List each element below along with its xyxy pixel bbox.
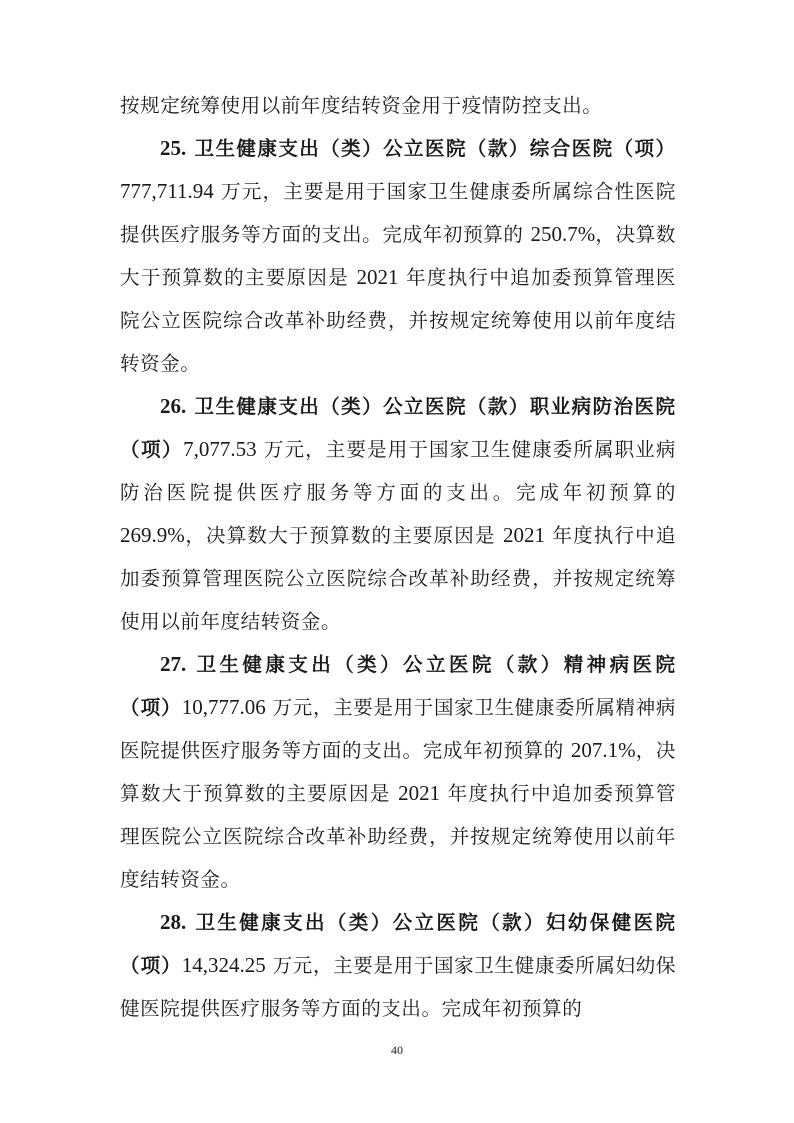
percent-value: 269.9% bbox=[120, 523, 185, 547]
continuation-text: 按规定统筹使用以前年度结转资金用于疫情防控支出。 bbox=[120, 94, 602, 117]
continuation-paragraph: 按规定统筹使用以前年度结转资金用于疫情防控支出。 bbox=[120, 84, 676, 127]
section-number: 25. bbox=[160, 136, 186, 160]
page-number: 40 bbox=[0, 1043, 794, 1058]
year-value: 2021 bbox=[503, 523, 545, 547]
year-value: 2021 bbox=[398, 781, 440, 805]
section-number: 26. bbox=[160, 394, 186, 418]
body-text: ，决算数大于预算数的主要原因是 bbox=[185, 524, 496, 547]
percent-value: 207.1% bbox=[571, 738, 636, 762]
section-heading: 25. 卫生健康支出（类）公立医院（款）综合医院（项） bbox=[160, 137, 676, 160]
section-25: 25. 卫生健康支出（类）公立医院（款）综合医院（项）777,711.94 万元… bbox=[120, 127, 676, 385]
year-value: 2021 bbox=[357, 265, 399, 289]
amount: 7,077.53 bbox=[183, 437, 257, 461]
amount: 777,711.94 bbox=[120, 179, 214, 203]
section-26: 26. 卫生健康支出（类）公立医院（款）职业病防治医院（项）7,077.53 万… bbox=[120, 385, 676, 643]
amount: 10,777.06 bbox=[182, 695, 266, 719]
section-title: 卫生健康支出（类）公立医院（款）综合医院（项） bbox=[195, 137, 676, 160]
percent-value: 250.7% bbox=[531, 222, 596, 246]
section-27: 27. 卫生健康支出（类）公立医院（款）精神病医院（项）10,777.06 万元… bbox=[120, 643, 676, 901]
amount: 14,324.25 bbox=[182, 953, 266, 977]
document-body: 按规定统筹使用以前年度结转资金用于疫情防控支出。 25. 卫生健康支出（类）公立… bbox=[120, 84, 676, 1030]
section-number: 27. bbox=[160, 652, 186, 676]
section-number: 28. bbox=[160, 910, 186, 934]
section-28: 28. 卫生健康支出（类）公立医院（款）妇幼保健医院（项）14,324.25 万… bbox=[120, 901, 676, 1030]
